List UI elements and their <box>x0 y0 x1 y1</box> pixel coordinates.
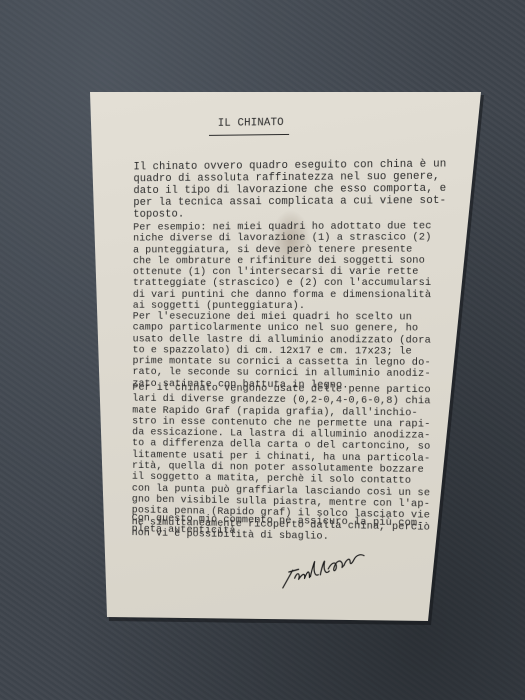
document-title: IL CHINATO <box>218 117 284 130</box>
paragraph-intro: Il chinato ovvero quadro eseguito con ch… <box>133 158 446 220</box>
title-underline <box>209 134 289 136</box>
signature <box>279 548 368 595</box>
signature-scribble-icon <box>279 548 368 595</box>
paragraph-techniques: Per esempio: nei miei quadri ho adottato… <box>133 221 432 312</box>
document-text-layer: IL CHINATO Il chinato ovvero quadro eseg… <box>9 0 525 700</box>
text-line: per la tecnica assai complicata a cui vi… <box>133 195 446 209</box>
paragraph-aluminium-plates: Per l'esecuzione dei miei quadri ho scel… <box>132 312 431 393</box>
text-line: toposto. <box>133 207 446 221</box>
